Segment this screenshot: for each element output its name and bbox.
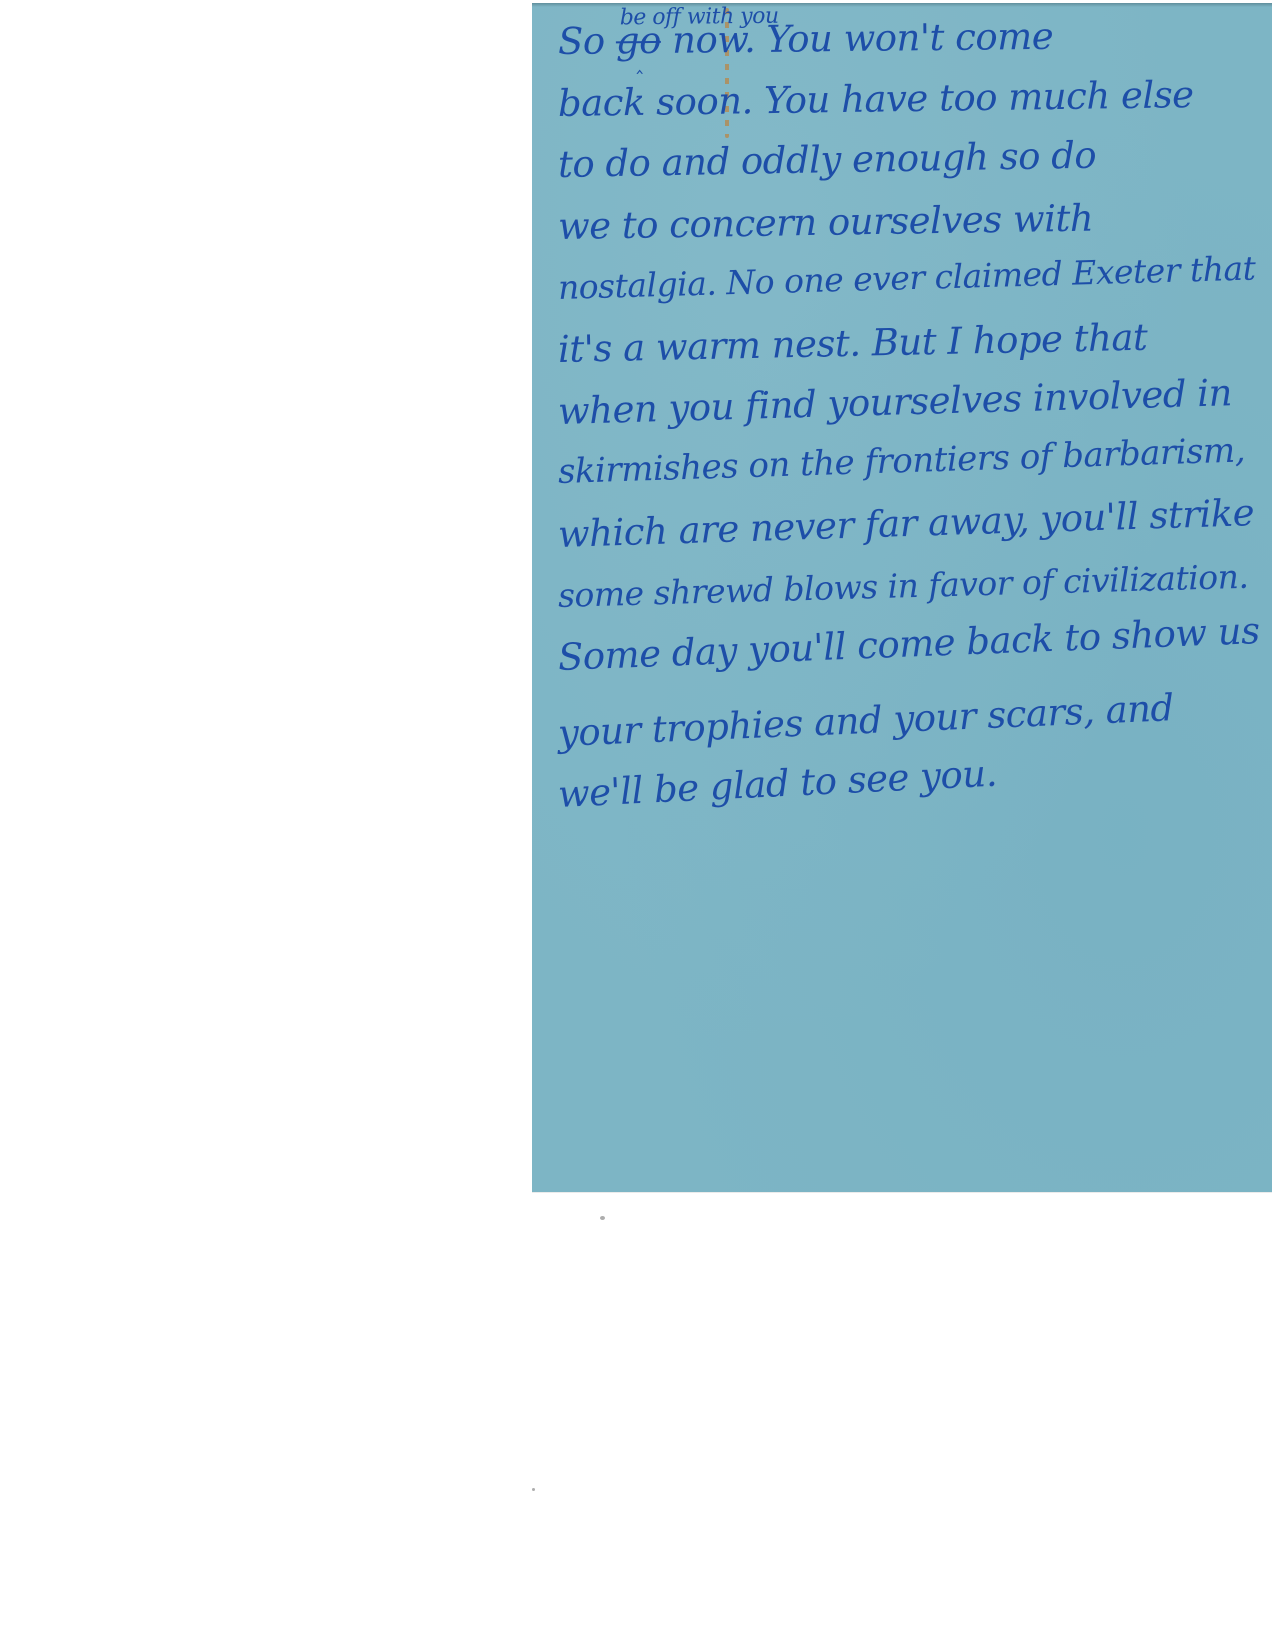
letter-line-1: be off with you So go now. You won't com… xyxy=(558,4,1259,73)
handwritten-letter-body: be off with you So go now. You won't com… xyxy=(558,11,1258,826)
scan-speck xyxy=(600,1216,605,1220)
scanned-page: be off with you So go now. You won't com… xyxy=(0,0,1275,1651)
letter-line-3: to do and oddly enough so do xyxy=(557,122,1258,196)
letter-line-text: to do and oddly enough so do xyxy=(557,125,1096,196)
inserted-text: be off with you xyxy=(620,5,779,31)
insertion-caret: ‸ xyxy=(636,52,642,72)
scan-speck xyxy=(532,1488,535,1491)
blue-letter-paper: be off with you So go now. You won't com… xyxy=(532,3,1272,1192)
line-1-so: So xyxy=(558,19,616,63)
